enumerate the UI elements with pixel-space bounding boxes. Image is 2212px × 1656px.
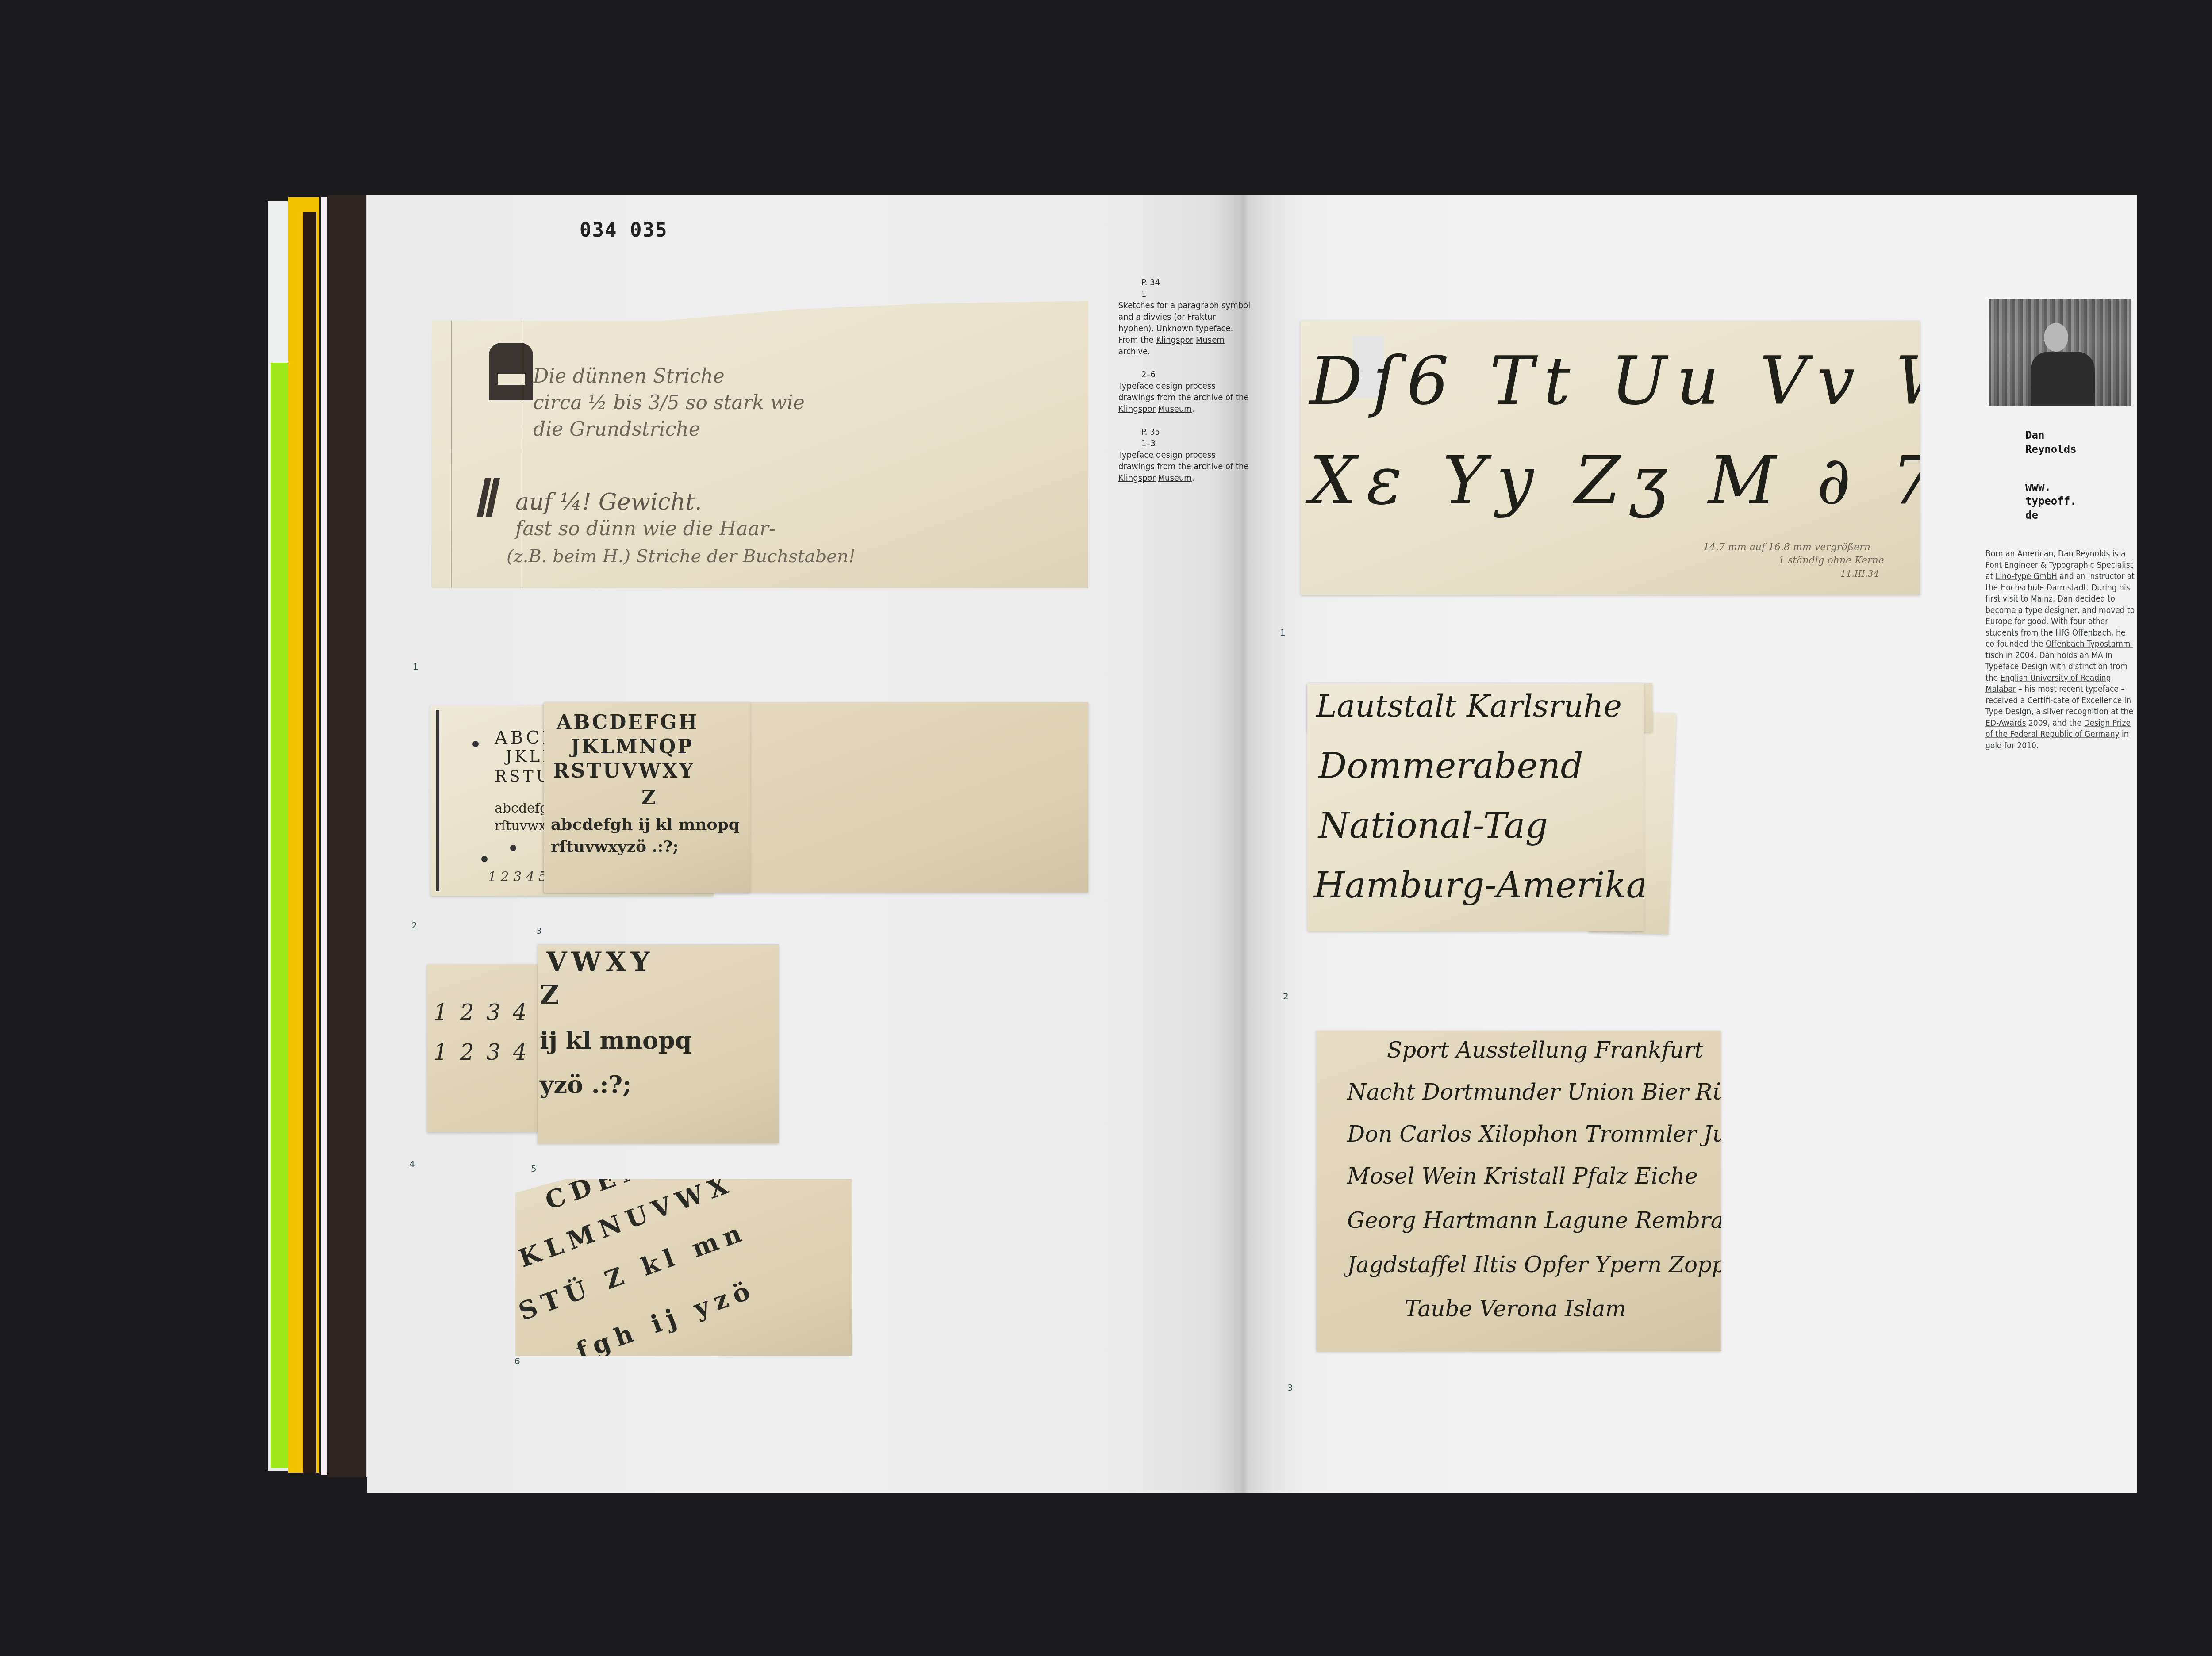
right-figure-2-words[interactable]: Lautstalt Karlsruhe Dommerabend National…: [1307, 683, 1644, 931]
caption-text: Typeface design process drawings from th…: [1118, 449, 1251, 483]
person-head: [2044, 323, 2068, 352]
bio-link[interactable]: MA: [2091, 651, 2103, 660]
script-line: Sport Ausstellung Frankfurt: [1387, 1037, 1703, 1063]
alphabet-line: ABCDEFGH: [557, 711, 699, 734]
paragraph-symbol-sketch: [489, 343, 533, 400]
page-folio: 034 035: [580, 219, 668, 241]
alphabet-line: RSTUVWXY: [553, 760, 695, 782]
bio-text-run: in 2004.: [2004, 651, 2039, 660]
caption-link[interactable]: Museum: [1158, 472, 1192, 483]
alphabet-line: rſtuvwxyzö .:?;: [551, 837, 679, 856]
guide-line: [522, 301, 522, 588]
figure-number: 3: [1287, 1382, 1293, 1393]
caption-link[interactable]: Klingspor: [1118, 403, 1156, 414]
pencil-note: 14.7 mm auf 16.8 mm vergrößern: [1703, 542, 1870, 553]
binding-strip: [436, 710, 439, 891]
bio-text-run: 2009, and the: [2026, 718, 2084, 728]
bio-text-run: holds an: [2055, 651, 2091, 660]
figure-3-alphabet-card[interactable]: ABCDEFGH JKLMNQP RSTUVWXY Z abcdefgh ij …: [544, 702, 750, 893]
sketch-note-line: Die dünnen Striche: [533, 365, 725, 387]
figure-6-alphabet-angled[interactable]: CDENQPY KLMNUVWX STÜ Z kl mn fgh ij yzö: [515, 1179, 852, 1356]
figure-number: 5: [531, 1163, 537, 1174]
bio-text-run: , a silver recognition at the: [2031, 707, 2133, 717]
script-word: Hamburg-Amerika: [1314, 865, 1644, 906]
figure-number: 4: [409, 1159, 415, 1169]
bio-link[interactable]: HfG Offenbach: [2055, 628, 2111, 638]
alphabet-line: ij kl mnopq: [540, 1026, 692, 1054]
author-bio-paragraph: Born an American, Dan Reynolds is a Font…: [1985, 548, 2136, 751]
author-photo[interactable]: [1989, 299, 2131, 406]
script-line: Nacht Dortmunder Union Bier Rüder: [1347, 1079, 1721, 1105]
figure-1-sketch[interactable]: Die dünnen Striche circa ½ bis 3/5 so st…: [431, 301, 1088, 588]
caption-page-label: P. 34: [1118, 276, 1251, 288]
bio-text-run: ,: [2053, 594, 2058, 604]
spine-stripe-green: [271, 363, 291, 1468]
pin-dot: [481, 856, 488, 862]
script-line: Jagdstaffel Iltis Opfer Ypern Zoppot: [1347, 1252, 1721, 1277]
script-line: Georg Hartmann Lagune Rembrandt: [1347, 1207, 1721, 1233]
sketch-note-line: circa ½ bis 3/5 so stark wie: [533, 391, 805, 414]
bio-link[interactable]: American: [2017, 549, 2053, 559]
spine-stripe-darkbrown: [303, 212, 316, 1473]
bio-link[interactable]: English University of Reading: [2000, 673, 2111, 683]
right-figure-1-script-capitals[interactable]: Dſ6 Tt Uu Vv Ww Xɛ Yy Zʒ M ∂ 7 14.7 mm a…: [1301, 321, 1920, 595]
right-figure-3-word-specimen[interactable]: Sport Ausstellung Frankfurt Nacht Dortmu…: [1316, 1031, 1721, 1351]
alphabet-line: Z: [540, 980, 559, 1011]
alphabet-line: VWXY: [546, 947, 654, 977]
bio-link[interactable]: Lino-type GmbH: [1996, 571, 2057, 581]
caption-page-label: P. 35: [1118, 426, 1251, 437]
person-body: [2031, 352, 2095, 406]
alphabet-line: Z: [641, 786, 656, 809]
bio-link[interactable]: ED-Awards: [1985, 718, 2026, 728]
figure-5-alphabet-detail[interactable]: VWXY Z ij kl mnopq yzö .:?;: [538, 944, 779, 1143]
alphabet-line: yzö .:?;: [540, 1070, 631, 1099]
bio-link[interactable]: Dan: [2058, 594, 2073, 604]
caption-link[interactable]: Klingspor: [1118, 472, 1156, 483]
caption-figure-ref: 1–3: [1118, 437, 1251, 449]
guide-line: [451, 301, 452, 588]
sketch-note-line: (z.B. beim H.) Striche der Buchstaben!: [507, 546, 856, 567]
paragraph-symbol-counter: [498, 374, 525, 385]
figure-number: 6: [515, 1356, 520, 1366]
figure-number: 2: [411, 920, 417, 931]
script-word: National-Tag: [1318, 805, 1548, 846]
script-line: Don Carlos Xilophon Trommler Juli: [1347, 1121, 1721, 1147]
sketch-note-line: die Grundstriche: [533, 418, 700, 441]
pin-dot: [510, 845, 516, 851]
bio-link[interactable]: Hochschule Darmstadt: [2000, 583, 2086, 593]
author-name: Dan Reynolds: [2025, 428, 2077, 456]
spine-stripe-black: [327, 195, 366, 1477]
bio-link[interactable]: Dan: [2039, 651, 2054, 660]
bio-link[interactable]: Malabar: [1985, 684, 2016, 694]
bio-text-run: Born an: [1985, 549, 2017, 559]
figure-number: 3: [536, 925, 542, 936]
author-website-link[interactable]: www. typeoff. de: [2025, 480, 2077, 522]
sketch-note-line: fast so dünn wie die Haar-: [515, 517, 776, 540]
bio-text-run: ,: [2053, 549, 2058, 559]
bio-link[interactable]: Dan Reynolds: [2058, 549, 2110, 559]
bio-text-run: .: [2111, 673, 2113, 683]
figure-number: 2: [1283, 991, 1289, 1001]
caption-text: Typeface design process drawings from th…: [1118, 380, 1251, 414]
figure-number: 1: [413, 661, 419, 672]
caption-text: Sketches for a paragraph symbol and a di…: [1118, 299, 1251, 357]
script-word: Dommerabend: [1318, 745, 1583, 786]
script-line: Mosel Wein Kristall Pfalz Eiche: [1347, 1163, 1698, 1189]
script-word: Lautstalt Karlsruhe: [1316, 688, 1622, 724]
bio-link[interactable]: Europe: [1985, 617, 2012, 626]
sketch-note-line: auf ¼! Gewicht.: [515, 489, 702, 515]
caption-link[interactable]: Musem: [1196, 334, 1225, 345]
caption-link[interactable]: Klingspor: [1156, 334, 1193, 345]
pencil-note: 11.III.34: [1840, 568, 1879, 579]
bio-link[interactable]: Mainz: [2031, 594, 2053, 604]
alphabet-line: abcdefgh ij kl mnopq: [551, 815, 740, 834]
script-row: Xɛ Yy Zʒ M ∂ 7: [1310, 442, 1920, 519]
script-row: Dſ6 Tt Uu Vv Ww: [1310, 343, 1920, 420]
spine-stripe-white: [321, 197, 327, 1475]
caption-figure-ref: 1: [1118, 288, 1251, 299]
pencil-note: 1 ständig ohne Kerne: [1778, 555, 1884, 566]
caption-link[interactable]: Museum: [1158, 403, 1192, 414]
figure-number: 1: [1280, 627, 1286, 638]
pin-dot: [472, 741, 479, 747]
alphabet-line: JKLMNQP: [571, 736, 694, 758]
caption-figure-ref: 2–6: [1118, 368, 1251, 380]
script-line: Taube Verona Islam: [1405, 1296, 1626, 1322]
caption-column: P. 34 1 Sketches for a paragraph symbol …: [1118, 276, 1251, 483]
